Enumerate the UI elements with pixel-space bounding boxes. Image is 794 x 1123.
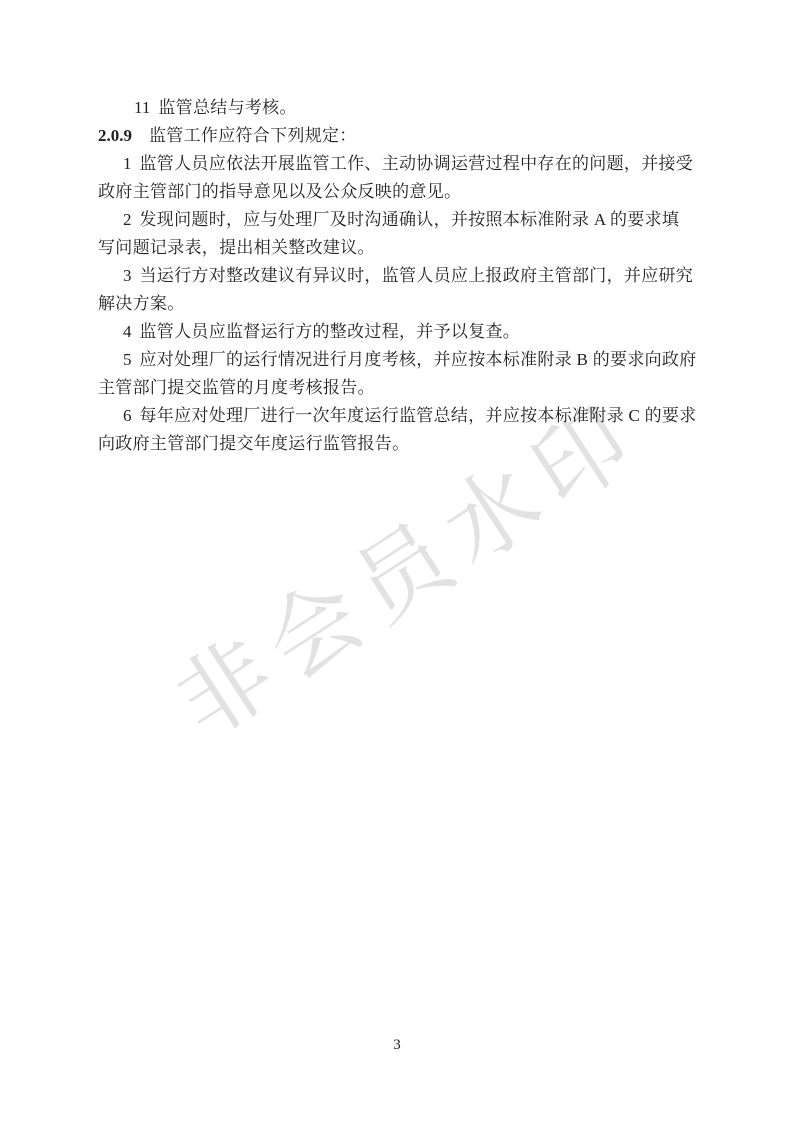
line-text: 监管工作应符合下列规定： bbox=[149, 126, 357, 145]
document-content: 11监管总结与考核。2.0.9监管工作应符合下列规定：1监管人员应依法开展监管工… bbox=[98, 94, 698, 458]
text-line: 3当运行方对整改建议有异议时，监管人员应上报政府主管部门，并应研究 bbox=[98, 262, 698, 290]
clause-number: 2.0.9 bbox=[98, 122, 132, 150]
page-number: 3 bbox=[0, 1037, 794, 1054]
line-text: 主管部门提交监管的月度考核报告。 bbox=[98, 378, 375, 397]
line-text: 监管人员应监督运行方的整改过程，并予以复查。 bbox=[140, 322, 521, 341]
line-text: 每年应对处理厂进行一次年度运行监管总结，并应按本标准附录 C 的要求 bbox=[140, 406, 697, 425]
item-number: 2 bbox=[123, 206, 132, 234]
item-number: 6 bbox=[123, 402, 132, 430]
line-text: 监管总结与考核。 bbox=[158, 98, 296, 117]
text-line: 2发现问题时，应与处理厂及时沟通确认，并按照本标准附录 A 的要求填 bbox=[98, 206, 698, 234]
line-text: 监管人员应依法开展监管工作、主动协调运营过程中存在的问题，并接受 bbox=[140, 154, 694, 173]
text-line: 向政府主管部门提交年度运行监管报告。 bbox=[98, 430, 698, 458]
line-text: 当运行方对整改建议有异议时，监管人员应上报政府主管部门，并应研究 bbox=[140, 266, 694, 285]
text-line: 写问题记录表，提出相关整改建议。 bbox=[98, 234, 698, 262]
item-number: 1 bbox=[123, 150, 132, 178]
document-page: 非会员水印 11监管总结与考核。2.0.9监管工作应符合下列规定：1监管人员应依… bbox=[0, 0, 794, 1123]
item-number: 11 bbox=[134, 94, 150, 122]
text-line: 5应对处理厂的运行情况进行月度考核，并应按本标准附录 B 的要求向政府 bbox=[98, 346, 698, 374]
line-text: 解决方案。 bbox=[98, 294, 185, 313]
line-text: 写问题记录表，提出相关整改建议。 bbox=[98, 238, 375, 257]
item-number: 5 bbox=[123, 346, 132, 374]
text-line: 11监管总结与考核。 bbox=[98, 94, 698, 122]
item-number: 4 bbox=[123, 318, 132, 346]
line-text: 政府主管部门的指导意见以及公众反映的意见。 bbox=[98, 182, 461, 201]
text-line: 2.0.9监管工作应符合下列规定： bbox=[98, 122, 698, 150]
text-line: 政府主管部门的指导意见以及公众反映的意见。 bbox=[98, 178, 698, 206]
text-line: 主管部门提交监管的月度考核报告。 bbox=[98, 374, 698, 402]
line-text: 发现问题时，应与处理厂及时沟通确认，并按照本标准附录 A 的要求填 bbox=[140, 210, 680, 229]
line-text: 应对处理厂的运行情况进行月度考核，并应按本标准附录 B 的要求向政府 bbox=[140, 350, 697, 369]
text-line: 6每年应对处理厂进行一次年度运行监管总结，并应按本标准附录 C 的要求 bbox=[98, 402, 698, 430]
text-line: 解决方案。 bbox=[98, 290, 698, 318]
text-line: 1监管人员应依法开展监管工作、主动协调运营过程中存在的问题，并接受 bbox=[98, 150, 698, 178]
item-number: 3 bbox=[123, 262, 132, 290]
text-line: 4监管人员应监督运行方的整改过程，并予以复查。 bbox=[98, 318, 698, 346]
line-text: 向政府主管部门提交年度运行监管报告。 bbox=[98, 434, 409, 453]
